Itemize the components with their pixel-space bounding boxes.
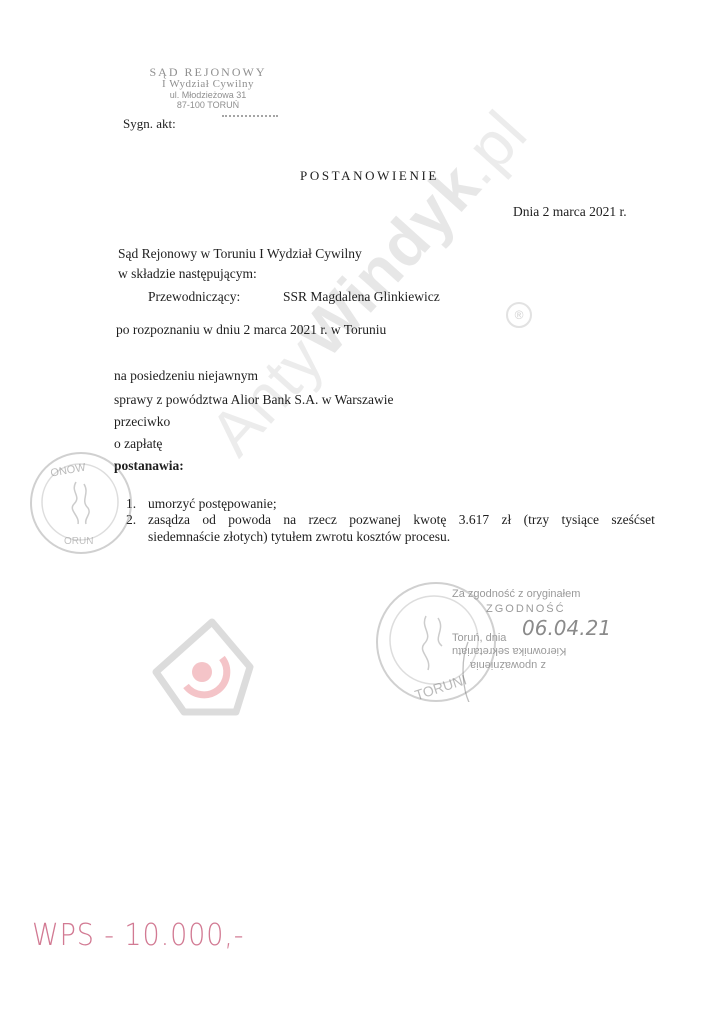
left-seal-emblem-icon: ONOW ORUN bbox=[30, 452, 130, 552]
hearing-line: po rozpoznaniu w dniu 2 marca 2021 r. w … bbox=[116, 322, 386, 338]
watermark-brand: AntyWindyk.pl bbox=[195, 96, 542, 469]
watermark-logo-icon bbox=[150, 612, 265, 717]
against-label: przeciwko bbox=[114, 414, 170, 430]
session-line: na posiedzeniu niejawnym bbox=[114, 368, 258, 384]
document-title: POSTANOWIENIE bbox=[300, 168, 439, 184]
stamp-line-city-date: Toruń, dnia bbox=[452, 632, 506, 644]
case-line: sprawy z powództwa Alior Bank S.A. w War… bbox=[114, 392, 393, 408]
stamp-dotted-line bbox=[222, 115, 278, 117]
presiding-label: Przewodniczący: bbox=[148, 289, 240, 305]
stamp-line-secretariat: Kierownika sekretariatu bbox=[452, 645, 566, 657]
stamp-line-authorization: z upoważnienia bbox=[470, 659, 546, 671]
subject-line: o zapłatę bbox=[114, 436, 162, 452]
ruling-2-text-continued: siedemnaście złotych) tytułem zwrotu kos… bbox=[148, 529, 450, 545]
svg-text:TORUNI: TORUNI bbox=[413, 671, 469, 702]
registered-icon: ® bbox=[506, 302, 532, 328]
stamp-division: I Wydział Cywilny bbox=[128, 79, 288, 90]
stamp-line-conformity: ZGODNOŚĆ bbox=[486, 603, 566, 615]
stamp-line-original: Za zgodność z oryginałem bbox=[452, 588, 580, 600]
court-line: Sąd Rejonowy w Toruniu I Wydział Cywilny bbox=[118, 246, 362, 262]
ruling-1-text: umorzyć postępowanie; bbox=[148, 496, 277, 512]
presiding-judge: SSR Magdalena Glinkiewicz bbox=[283, 289, 440, 305]
handwritten-note: WPS - 10.000,- bbox=[32, 918, 244, 953]
stamp-city: 87-100 TORUŃ bbox=[128, 100, 288, 110]
composition-label: w składzie następującym: bbox=[118, 266, 257, 282]
court-header-stamp: SĄD REJONOWY I Wydział Cywilny ul. Młodz… bbox=[128, 66, 288, 110]
ruling-2-text: zasądza od powoda na rzecz pozwanej kwot… bbox=[148, 512, 655, 528]
document-date: Dnia 2 marca 2021 r. bbox=[513, 204, 627, 220]
stamp-handwritten-date: 06.04.21 bbox=[522, 616, 611, 640]
svg-text:ORUN: ORUN bbox=[64, 536, 93, 547]
case-signature-label: Sygn. akt: bbox=[123, 116, 176, 132]
stamp-street: ul. Młodzieżowa 31 bbox=[128, 90, 288, 100]
svg-text:ONOW: ONOW bbox=[50, 461, 88, 479]
